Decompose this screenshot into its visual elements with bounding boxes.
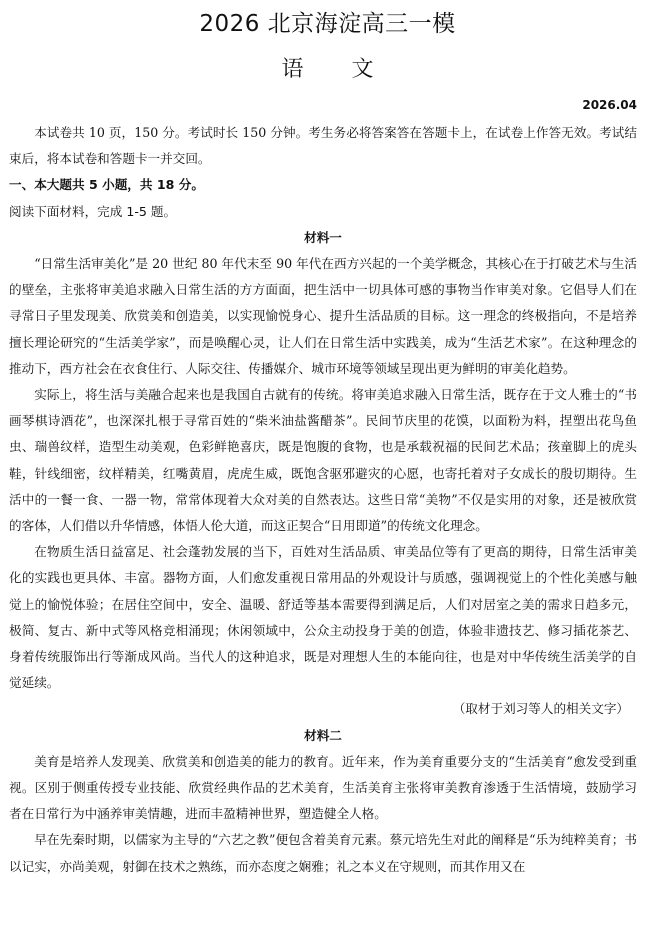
- subject-char: 文: [352, 54, 374, 86]
- section-title: 一、本大题共 5 小题，共 18 分。: [9, 172, 637, 198]
- exam-title: 2026 北京海淀高三一模: [0, 8, 655, 40]
- material1-paragraph: 在物质生活日益富足、社会蓬勃发展的当下，百姓对生活品质、审美品位等有了更高的期待…: [9, 539, 637, 696]
- exam-date: 2026.04: [582, 96, 637, 114]
- reading-prompt: 阅读下面材料，完成 1-5 题。: [9, 199, 637, 225]
- material1-paragraph: “日常生活审美化”是 20 世纪 80 年代末至 90 年代在西方兴起的一个美学…: [9, 251, 637, 382]
- instructions-intro: 本试卷共 10 页，150 分。考试时长 150 分钟。考生务必将答案答在答题卡…: [9, 120, 637, 172]
- material1-source: （取材于刘习等人的相关文字）: [9, 696, 637, 722]
- subject-title: 语文: [0, 54, 655, 86]
- material2-paragraph: 美育是培养人发现美、欣赏美和创造美的能力的教育。近年来，作为美育重要分支的“生活…: [9, 749, 637, 828]
- material2-paragraph: 早在先秦时期，以儒家为主导的“六艺之教”便包含着美育元素。蔡元培先生对此的阐释是…: [9, 827, 637, 879]
- material2-heading: 材料二: [9, 723, 637, 749]
- subject-char: 语: [281, 54, 303, 86]
- material1-heading: 材料一: [9, 225, 637, 251]
- material1-paragraph: 实际上，将生活与美融合起来也是我国自古就有的传统。将审美追求融入日常生活，既存在…: [9, 382, 637, 539]
- exam-page: 2026 北京海淀高三一模 语文 2026.04 本试卷共 10 页，150 分…: [0, 0, 655, 944]
- exam-body: 本试卷共 10 页，150 分。考试时长 150 分钟。考生务必将答案答在答题卡…: [9, 120, 637, 880]
